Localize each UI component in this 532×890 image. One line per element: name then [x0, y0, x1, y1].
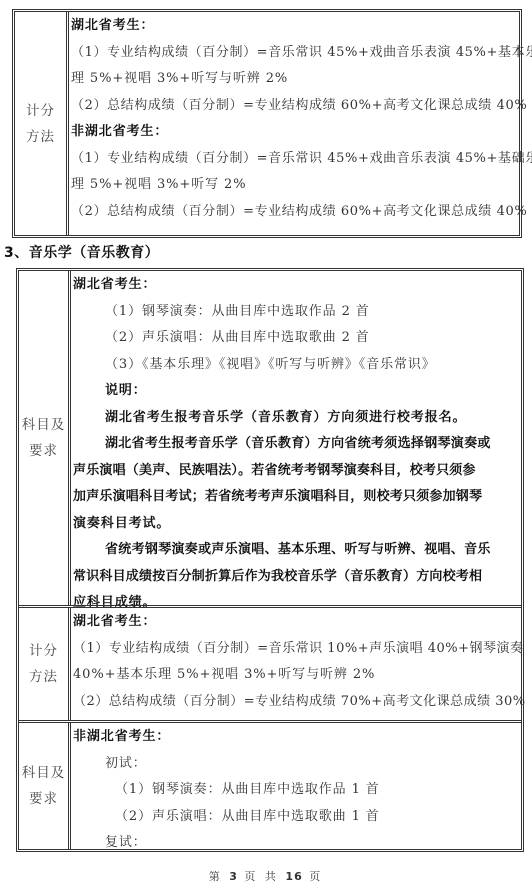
- current-page-number: 3: [229, 870, 238, 883]
- hubei-candidates-heading: 湖北省考生：: [71, 13, 517, 40]
- table-music-education: 科目及 要求 湖北省考生： （1）钢琴演奏：从曲目库中选取作品 2 首 （2）声…: [16, 268, 524, 852]
- formula-line: （1）专业结构成绩（百分制）=音乐常识 45%+戏曲音乐表演 45%+基本乐: [71, 40, 517, 67]
- non-hubei-candidates-heading: 非湖北省考生：: [71, 119, 517, 146]
- preliminary-exam-label: 初试：: [73, 751, 519, 778]
- formula-line: （2）总结构成绩（百分制）=专业结构成绩 70%+高考文化课总成绩 30%: [73, 689, 519, 716]
- label-line: 要求: [29, 786, 58, 812]
- scoring-row: 计分 方法 湖北省考生： （1）专业结构成绩（百分制）=音乐常识 10%+声乐演…: [19, 605, 521, 720]
- formula-line: （1）专业结构成绩（百分制）=音乐常识 45%+戏曲音乐表演 45%+基础乐: [71, 146, 517, 173]
- subject-item: （3）《基本乐理》《视唱》《听写与听辨》《音乐常识》: [73, 352, 519, 379]
- row-label-subjects: 科目及 要求: [19, 271, 71, 605]
- subjects-content: 湖北省考生： （1）钢琴演奏：从曲目库中选取作品 2 首 （2）声乐演唱：从曲目…: [71, 271, 521, 605]
- label-line: 科目及: [22, 760, 66, 786]
- label-line: 科目及: [22, 412, 66, 438]
- page-footer: 第 3 页 共 16 页: [0, 868, 532, 884]
- note-text: 常识科目成绩按百分制折算后作为我校音乐学（音乐教育）方向校考相: [73, 564, 519, 591]
- subject-item: （2）声乐演唱：从曲目库中选取歌曲 1 首: [73, 804, 519, 831]
- subject-item: （2）声乐演唱：从曲目库中选取歌曲 2 首: [73, 325, 519, 352]
- note-text: 湖北省考生报考音乐学（音乐教育）方向须进行校考报名。: [73, 405, 519, 432]
- non-hubei-candidates-heading: 非湖北省考生：: [73, 724, 519, 751]
- note-text: 加声乐演唱科目考试；若省统考考声乐演唱科目，则校考只须参加钢琴: [73, 484, 519, 511]
- section-heading-music-education: 3、音乐学（音乐教育）: [4, 242, 159, 262]
- formula-line: （2）总结构成绩（百分制）=专业结构成绩 60%+高考文化课总成绩 40%: [71, 199, 517, 226]
- formula-line: 理 5%+视唱 3%+听写 2%: [71, 172, 517, 199]
- note-text: 省统考钢琴演奏或声乐演唱、基本乐理、听写与听辨、视唱、音乐: [73, 537, 519, 564]
- note-text: 演奏科目考试。: [73, 511, 519, 538]
- scoring-content: 湖北省考生： （1）专业结构成绩（百分制）=音乐常识 10%+声乐演唱 40%+…: [71, 608, 521, 720]
- scoring-row: 计分 方法 湖北省考生： （1）专业结构成绩（百分制）=音乐常识 45%+戏曲音…: [15, 12, 519, 235]
- formula-line: 40%+基本乐理 5%+视唱 3%+听写与听辨 2%: [73, 662, 519, 689]
- formula-line: （1）专业结构成绩（百分制）=音乐常识 10%+声乐演唱 40%+钢琴演奏: [73, 636, 519, 663]
- table-scoring-continued: 计分 方法 湖北省考生： （1）专业结构成绩（百分制）=音乐常识 45%+戏曲音…: [12, 9, 522, 238]
- row-label-scoring-method: 计分 方法: [19, 608, 71, 720]
- row-label-subjects: 科目及 要求: [19, 723, 71, 849]
- label-line: 方法: [26, 124, 55, 150]
- subject-item: （1）钢琴演奏：从曲目库中选取作品 2 首: [73, 299, 519, 326]
- hubei-candidates-heading: 湖北省考生：: [73, 272, 519, 299]
- subject-item: （1）钢琴演奏：从曲目库中选取作品 1 首: [73, 777, 519, 804]
- total-pages-number: 16: [285, 870, 302, 883]
- subjects-row: 科目及 要求 湖北省考生： （1）钢琴演奏：从曲目库中选取作品 2 首 （2）声…: [19, 271, 521, 605]
- note-heading: 说明：: [73, 378, 519, 405]
- formula-line: 理 5%+视唱 3%+听写与听辨 2%: [71, 66, 517, 93]
- final-exam-label: 复试：: [73, 830, 519, 857]
- subjects-row-non-hubei: 科目及 要求 非湖北省考生： 初试： （1）钢琴演奏：从曲目库中选取作品 1 首…: [19, 720, 521, 849]
- scoring-content: 湖北省考生： （1）专业结构成绩（百分制）=音乐常识 45%+戏曲音乐表演 45…: [69, 12, 519, 235]
- label-line: 要求: [29, 438, 58, 464]
- footer-middle: 页 共: [244, 870, 279, 883]
- row-label-scoring-method: 计分 方法: [15, 12, 69, 235]
- note-text: 声乐演唱（美声、民族唱法）。若省统考考钢琴演奏科目，校考只须参: [73, 458, 519, 485]
- subjects-content: 非湖北省考生： 初试： （1）钢琴演奏：从曲目库中选取作品 1 首 （2）声乐演…: [71, 723, 521, 849]
- label-line: 计分: [29, 638, 58, 664]
- footer-suffix: 页: [309, 870, 323, 883]
- formula-line: （2）总结构成绩（百分制）=专业结构成绩 60%+高考文化课总成绩 40%: [71, 93, 517, 120]
- hubei-candidates-heading: 湖北省考生：: [73, 609, 519, 636]
- label-line: 方法: [29, 664, 58, 690]
- label-line: 计分: [26, 98, 55, 124]
- footer-prefix: 第: [209, 870, 223, 883]
- note-text: 湖北省考生报考音乐学（音乐教育）方向省统考须选择钢琴演奏或: [73, 431, 519, 458]
